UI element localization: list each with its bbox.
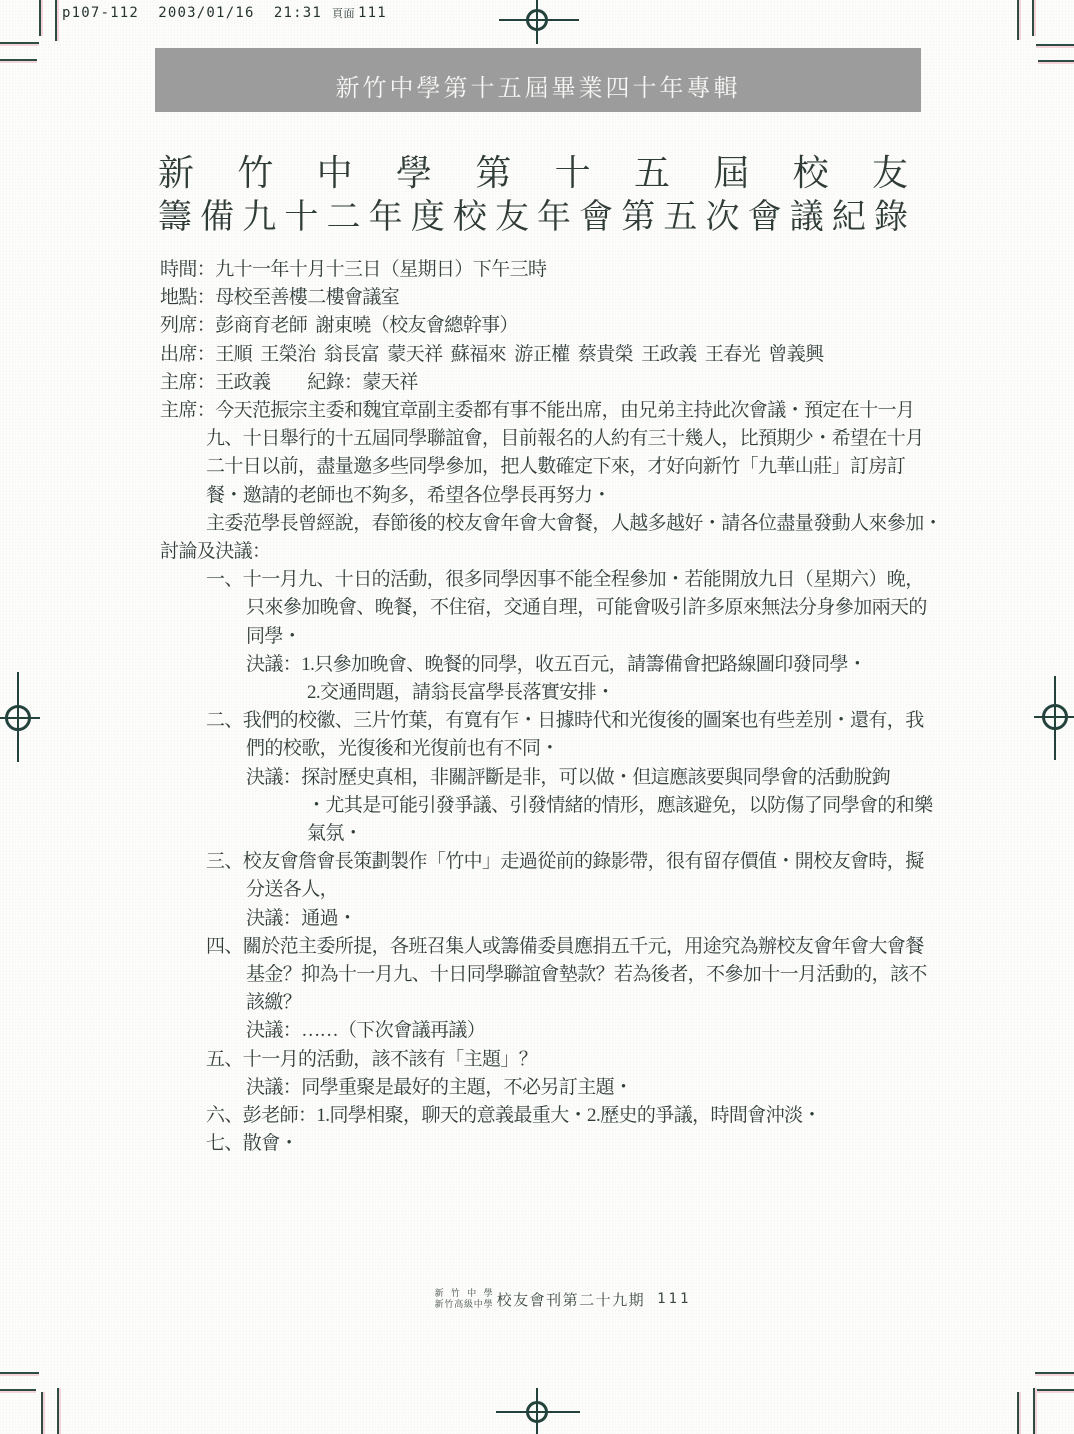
text-line: 主委范學長曾經說，春節後的校友會年會大會餐，人越多越好・請各位盡量發動人來參加・ [160,510,935,538]
text-line: 只來參加晚會、晚餐，不住宿，交通自理，可能會吸引許多原來無法分身參加兩天的 [160,594,935,622]
text-line: 決議：通過・ [160,905,935,933]
text-line: 列席：彭商育老師 謝東曉（校友會總幹事） [160,312,935,340]
crop-mark-line [1033,1388,1035,1434]
text-line: 二、我們的校徽、三片竹葉，有寬有乍・日據時代和光復後的圖案也有些差別・還有，我 [160,707,935,735]
footer-journal-title: 校友會刊第二十九期 [497,1289,646,1310]
text-line: 地點：母校至善樓二樓會議室 [160,284,935,312]
text-line: 二十日以前，盡量邀多些同學參加，把人數確定下來，才好向新竹「九華山莊」訂房訂 [160,453,935,481]
text-line: 六、彭老師：1.同學相聚，聊天的意義最重大・2.歷史的爭議，時間會沖淡・ [160,1102,935,1130]
text-line: 五、十一月的活動，該不該有「主題」？ [160,1046,935,1074]
footer-group: 新 竹 中 學 新竹高級中學 校友會刊第二十九期 111 [435,1288,692,1310]
text-line: 決議：同學重聚是最好的主題，不必另訂主題・ [160,1074,935,1102]
crop-mark-line [39,0,41,36]
crop-mark-line [1032,0,1034,36]
chapter-banner: 新竹中學第十五屆畢業四十年專輯 [155,48,921,112]
registration-circle [1042,704,1068,730]
text-line: 主席：王政義 紀錄：蒙天祥 [160,369,935,397]
crop-mark-line [1036,44,1074,46]
text-line: 九、十日舉行的十五屆同學聯誼會，目前報名的人約有三十幾人，比預期少・希望在十月 [160,425,935,453]
crop-mark-line [57,1388,59,1434]
text-line: 基金？抑為十一月九、十日同學聯誼會墊款？若為後者，不參加十一月活動的，該不 [160,961,935,989]
document-title: 新竹中學第十五屆校友 籌備九十二年度校友年會第五次會議紀錄 [158,150,908,239]
crop-mark-line [1038,60,1074,62]
crop-mark-line [1037,1389,1074,1391]
footer-school-name-line1: 新 竹 中 學 [435,1288,493,1299]
text-line: 決議：探討歷史真相，非關評斷是非，可以做・但這應該要與同學會的活動脫鉤 [160,764,935,792]
text-line: 該繳？ [160,989,935,1017]
registration-circle [5,705,31,731]
text-line: 討論及決議： [160,538,935,566]
crop-mark-line [55,0,57,41]
scan-header: p107-112 2003/01/16 21:31頁面111 [62,5,387,21]
text-line: 決議：1.只參加晚會、晚餐的同學，收五百元，請籌備會把路線圖印發同學・ [160,651,935,679]
text-line: 氣氛・ [160,820,935,848]
registration-circle [526,1401,548,1423]
text-line: 餐・邀請的老師也不夠多，希望各位學長再努力・ [160,482,935,510]
document-title-line2: 籌備九十二年度校友年會第五次會議紀錄 [158,196,908,239]
meeting-minutes-body: 時間：九十一年十月十三日（星期日）下午三時地點：母校至善樓二樓會議室列席：彭商育… [160,256,935,1159]
text-line: 分送各人， [160,876,935,904]
document-title-line1: 新竹中學第十五屆校友 [158,150,908,196]
scanned-document-page: p107-112 2003/01/16 21:31頁面111 新竹中學第十五屆畢… [0,0,1074,1434]
text-line: 主席：今天范振宗主委和魏宜章副主委都有事不能出席，由兄弟主持此次會議・預定在十一… [160,397,935,425]
crop-mark-line [0,59,37,61]
text-line: 四、關於范主委所提，各班召集人或籌備委員應捐五千元，用途究為辦校友會年會大會餐 [160,933,935,961]
crop-mark-line [0,1372,39,1374]
text-line: 時間：九十一年十月十三日（星期日）下午三時 [160,256,935,284]
scan-file-info: p107-112 2003/01/16 21:31 [62,5,322,21]
text-line: 三、校友會詹會長策劃製作「竹中」走過從前的錄影帶，很有留存價值・開校友會時，擬 [160,848,935,876]
text-line: 出席：王順 王榮治 翁長富 蒙天祥 蘇福來 游正權 蔡貴榮 王政義 王春光 曾義… [160,341,935,369]
text-line: 同學・ [160,623,935,651]
scan-page-label: 頁面 [332,7,355,20]
footer-page-number: 111 [657,1291,691,1307]
footer-school-names: 新 竹 中 學 新竹高級中學 [435,1288,493,1310]
footer-school-name-line2: 新竹高級中學 [435,1299,493,1310]
chapter-banner-title: 新竹中學第十五屆畢業四十年專輯 [336,68,741,103]
text-line: 一、十一月九、十日的活動，很多同學因事不能全程參加・若能開放九日（星期六）晚， [160,566,935,594]
crop-mark-line [0,42,39,44]
page-footer: 新 竹 中 學 新竹高級中學 校友會刊第二十九期 111 [0,1288,1074,1310]
text-line: 2.交通問題，請翁長富學長落實安排・ [160,679,935,707]
crop-mark-line [1017,0,1019,40]
crop-mark-line [1035,1372,1074,1374]
scan-page-number: 111 [358,5,387,21]
text-line: 七、散會・ [160,1130,935,1158]
text-line: ・尤其是可能引發爭議、引發情緒的情形，應該避免，以防傷了同學會的和樂 [160,792,935,820]
crop-mark-line [41,1392,43,1434]
text-line: 決議：……（下次會議再議） [160,1017,935,1045]
text-line: 們的校歌，光復後和光復前也有不同・ [160,735,935,763]
crop-mark-line [0,1389,36,1391]
registration-circle [526,9,548,31]
crop-mark-line [1017,1392,1019,1434]
